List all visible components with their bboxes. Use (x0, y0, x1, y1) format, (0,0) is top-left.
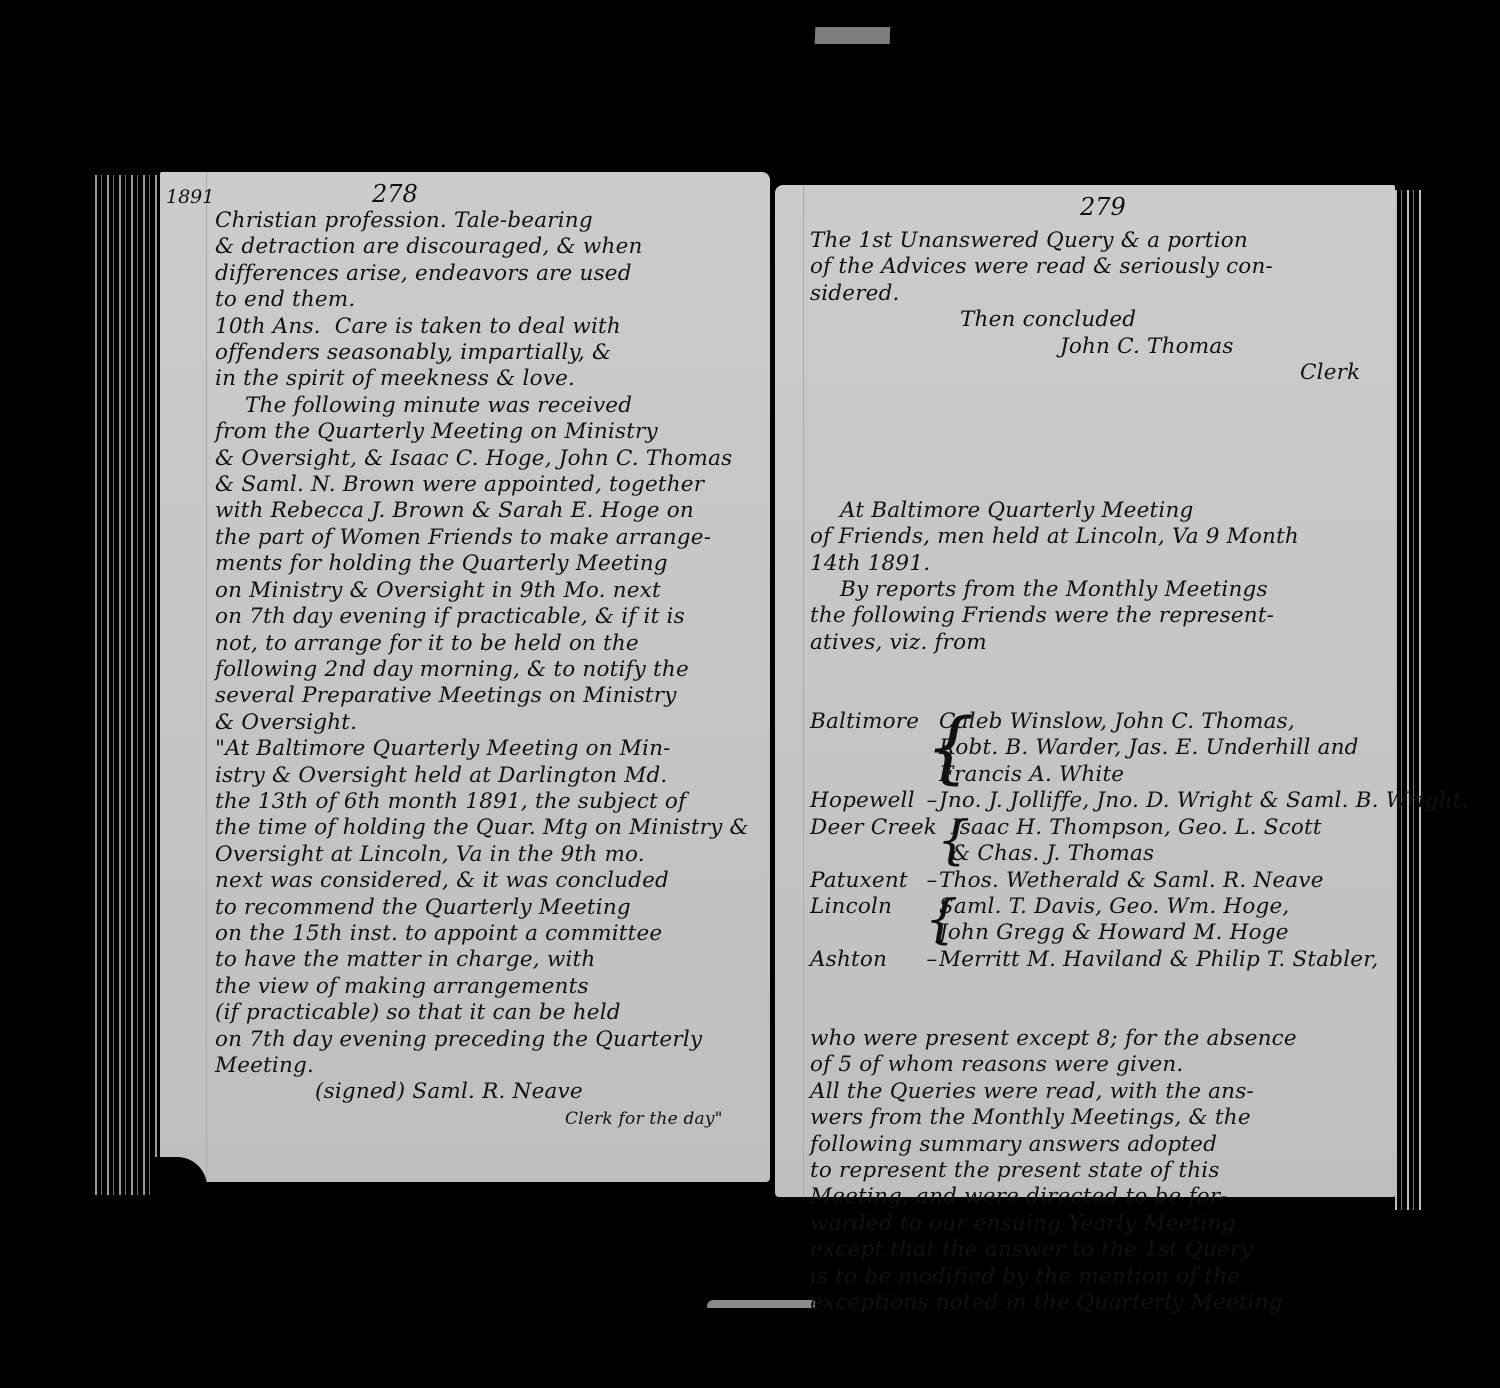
handwritten-line: not, to arrange for it to be held on the (215, 631, 749, 657)
handwritten-line: of Friends, men held at Lincoln, Va 9 Mo… (810, 524, 1469, 550)
representative-names: Caleb Winslow, John C. Thomas, (939, 709, 1359, 735)
representative-names: Isaac H. Thompson, Geo. L. Scott (951, 815, 1322, 841)
monthly-meeting-name: Deer Creek (810, 815, 937, 841)
handwritten-line: is to be modified by the mention of the (810, 1264, 1469, 1290)
handwritten-line: wers from the Monthly Meetings, & the (810, 1105, 1469, 1131)
handwritten-line: sidered. (810, 281, 1360, 307)
handwritten-line: following summary answers adopted (810, 1132, 1469, 1158)
brace-mark: { (925, 709, 939, 788)
handwritten-line: to have the matter in charge, with (215, 947, 749, 973)
handwritten-line: the following Friends were the represent… (810, 603, 1469, 629)
handwritten-line: Meeting, and were directed to be for- (810, 1184, 1469, 1210)
handwritten-line: offenders seasonably, impartially, & (215, 340, 749, 366)
handwritten-line: 10th Ans. Care is taken to deal with (215, 314, 749, 340)
handwritten-line: with Rebecca J. Brown & Sarah E. Hoge on (215, 498, 749, 524)
handwritten-line: "At Baltimore Quarterly Meeting on Min- (215, 736, 749, 762)
monthly-meeting-name: Patuxent (810, 868, 925, 894)
handwritten-line: from the Quarterly Meeting on Ministry (215, 419, 749, 445)
representative-names: Francis A. White (939, 762, 1359, 788)
microfilm-marker-top (815, 27, 891, 44)
representative-row: Patuxent–Thos. Wetherald & Saml. R. Neav… (810, 868, 1469, 894)
handwritten-line: (if practicable) so that it can be held (215, 1000, 749, 1026)
handwritten-line: & Oversight. (215, 710, 749, 736)
handwritten-line: Clerk (810, 360, 1360, 386)
minute-closing: who were present except 8; for the absen… (810, 1026, 1469, 1316)
representative-names: John Gregg & Howard M. Hoge (939, 920, 1289, 946)
representative-names: Jno. J. Jolliffe, Jno. D. Wright & Saml.… (939, 788, 1469, 814)
dash-mark: – (925, 947, 939, 973)
handwritten-line: on the 15th inst. to appoint a committee (215, 921, 749, 947)
right-page-minute: At Baltimore Quarterly Meetingof Friends… (810, 445, 1469, 1369)
handwritten-line: The following minute was received (215, 393, 749, 419)
representative-names: Robt. B. Warder, Jas. E. Underhill and (939, 735, 1359, 761)
handwritten-line: Oversight at Lincoln, Va in the 9th mo. (215, 842, 749, 868)
handwritten-line: atives, viz. from (810, 630, 1469, 656)
handwritten-line: differences arise, endeavors are used (215, 261, 749, 287)
handwritten-line: of the Advices were read & seriously con… (810, 254, 1360, 280)
handwritten-line: several Preparative Meetings on Ministry (215, 683, 749, 709)
handwritten-line: Then concluded (810, 307, 1360, 333)
margin-rule (803, 185, 804, 1197)
representative-row: Lincoln{Saml. T. Davis, Geo. Wm. Hoge,Jo… (810, 894, 1469, 947)
right-page-top-text: The 1st Unanswered Query & a portionof t… (810, 228, 1360, 386)
handwritten-line: At Baltimore Quarterly Meeting (810, 498, 1469, 524)
representative-names: Thos. Wetherald & Saml. R. Neave (939, 868, 1324, 894)
brace-mark: { (925, 894, 939, 947)
handwritten-line: The 1st Unanswered Query & a portion (810, 228, 1360, 254)
monthly-meeting-name: Lincoln (810, 894, 925, 920)
book-page-edges-left (90, 175, 160, 1195)
handwritten-line: except that the answer to the 1st Query (810, 1237, 1469, 1263)
left-page-text: Christian profession. Tale-bearing& detr… (215, 208, 749, 1132)
handwritten-line: to end them. (215, 287, 749, 313)
representative-names: Merritt M. Haviland & Philip T. Stabler, (939, 947, 1378, 973)
handwritten-line: By reports from the Monthly Meetings (810, 577, 1469, 603)
handwritten-line: & Saml. N. Brown were appointed, togethe… (215, 472, 749, 498)
handwritten-line: warded to our ensuing Yearly Meeting (810, 1211, 1469, 1237)
left-page: 1891 278 Christian profession. Tale-bear… (160, 172, 770, 1182)
right-page: 279 The 1st Unanswered Query & a portion… (775, 185, 1395, 1197)
representative-row: Baltimore{Caleb Winslow, John C. Thomas,… (810, 709, 1469, 788)
handwritten-line: & detraction are discouraged, & when (215, 234, 749, 260)
handwritten-line: Meeting. (215, 1053, 749, 1079)
handwritten-line: exceptions noted in the Quarterly Meetin… (810, 1290, 1469, 1316)
handwritten-line: in the spirit of meekness & love. (215, 366, 749, 392)
page-number: 278 (372, 180, 418, 208)
handwritten-line: the view of making arrangements (215, 974, 749, 1000)
handwritten-line: 14th 1891. (810, 551, 1469, 577)
handwritten-line: All the Queries were read, with the ans- (810, 1079, 1469, 1105)
margin-rule (206, 172, 207, 1182)
representative-names: & Chas. J. Thomas (951, 841, 1322, 867)
representative-row: Deer Creek{Isaac H. Thompson, Geo. L. Sc… (810, 815, 1469, 868)
representative-row: Hopewell–Jno. J. Jolliffe, Jno. D. Wrigh… (810, 788, 1469, 814)
handwritten-line: the part of Women Friends to make arrang… (215, 525, 749, 551)
monthly-meeting-name: Ashton (810, 947, 925, 973)
handwritten-line: the time of holding the Quar. Mtg on Min… (215, 815, 749, 841)
handwritten-line: John C. Thomas (810, 334, 1360, 360)
monthly-meeting-name: Baltimore (810, 709, 925, 735)
handwritten-line: & Oversight, & Isaac C. Hoge, John C. Th… (215, 446, 749, 472)
representative-row: Ashton–Merritt M. Haviland & Philip T. S… (810, 947, 1469, 973)
handwritten-line: who were present except 8; for the absen… (810, 1026, 1469, 1052)
handwritten-line: on 7th day evening preceding the Quarter… (215, 1027, 749, 1053)
microfilm-marker-bottom (707, 1300, 815, 1308)
handwritten-line: to represent the present state of this (810, 1158, 1469, 1184)
monthly-meeting-name: Hopewell (810, 788, 925, 814)
representative-names: Saml. T. Davis, Geo. Wm. Hoge, (939, 894, 1289, 920)
brace-mark: { (937, 815, 951, 868)
minute-heading: At Baltimore Quarterly Meetingof Friends… (810, 498, 1469, 656)
handwritten-line: Christian profession. Tale-bearing (215, 208, 749, 234)
page-number: 279 (1080, 193, 1126, 221)
handwritten-line: on 7th day evening if practicable, & if … (215, 604, 749, 630)
handwritten-line: (signed) Saml. R. Neave (215, 1079, 749, 1105)
representatives-list: Baltimore{Caleb Winslow, John C. Thomas,… (810, 709, 1469, 973)
handwritten-line: the 13th of 6th month 1891, the subject … (215, 789, 749, 815)
page-shadow (152, 1157, 207, 1197)
handwritten-line: of 5 of whom reasons were given. (810, 1052, 1469, 1078)
handwritten-line: istry & Oversight held at Darlington Md. (215, 763, 749, 789)
handwritten-line: ments for holding the Quarterly Meeting (215, 551, 749, 577)
handwritten-line: following 2nd day morning, & to notify t… (215, 657, 749, 683)
handwritten-line: to recommend the Quarterly Meeting (215, 895, 749, 921)
handwritten-line: Clerk for the day" (215, 1106, 749, 1132)
handwritten-line: on Ministry & Oversight in 9th Mo. next (215, 578, 749, 604)
year-marker: 1891 (166, 186, 214, 208)
handwritten-line: next was considered, & it was concluded (215, 868, 749, 894)
